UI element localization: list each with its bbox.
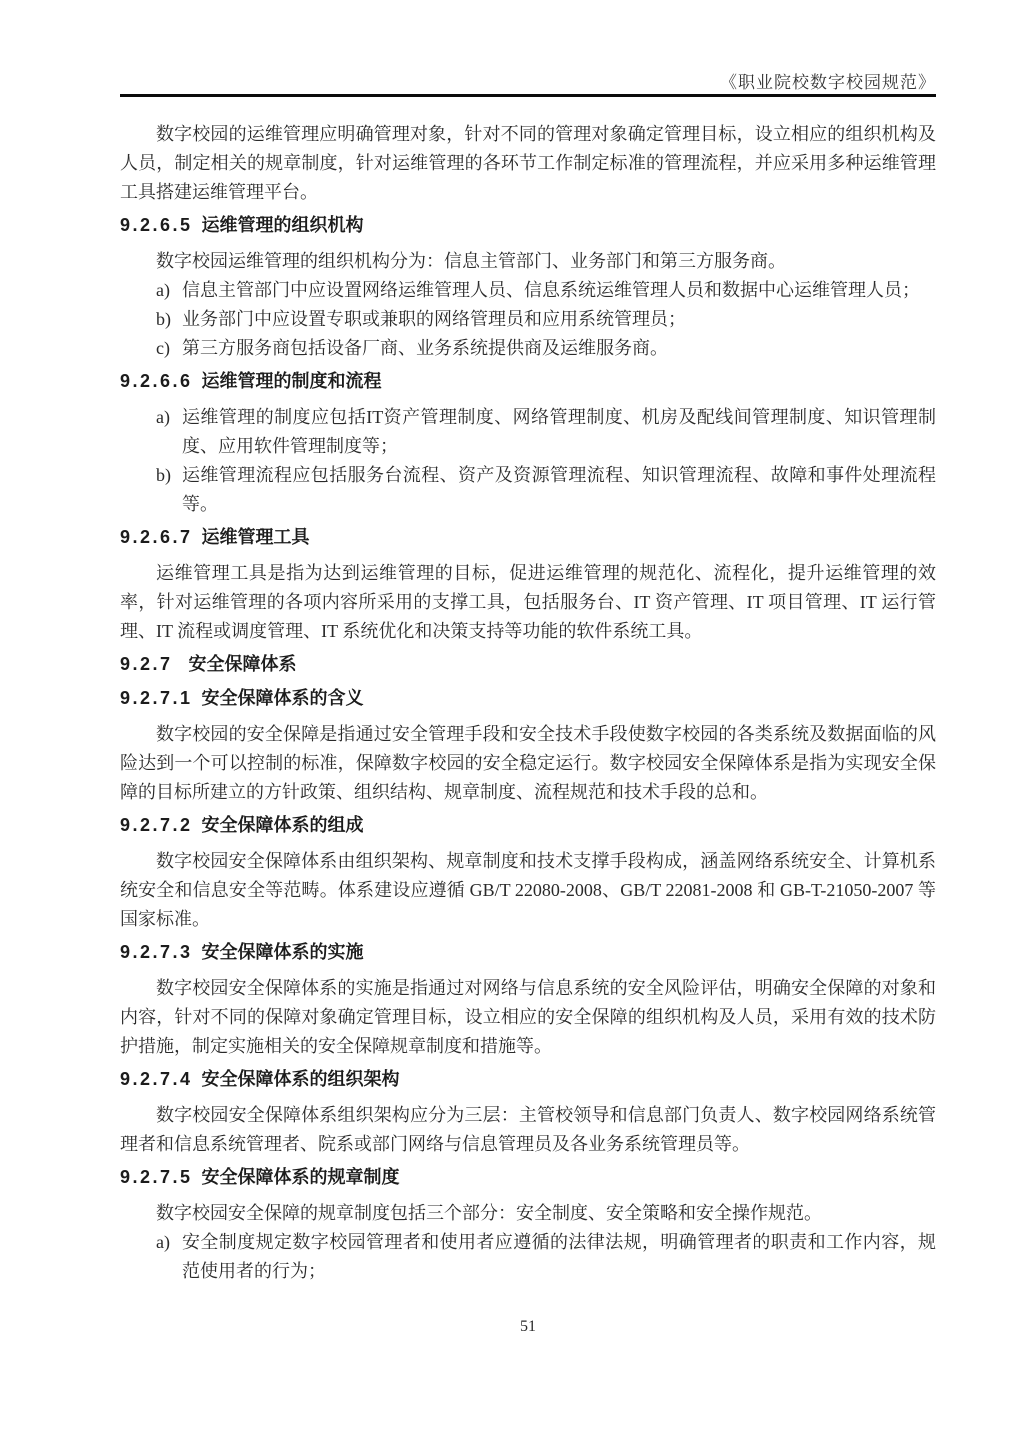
section-heading-9274: 9.2.7.4安全保障体系的组织架构 [120, 1067, 936, 1091]
list-text: 运维管理流程应包括服务台流程、资产及资源管理流程、知识管理流程、故障和事件处理流… [182, 465, 936, 514]
heading-number: 9.2.6.5 [120, 215, 193, 235]
list-item: a)安全制度规定数字校园管理者和使用者应遵循的法律法规，明确管理者的职责和工作内… [120, 1228, 936, 1286]
list-text: 业务部门中应设置专职或兼职的网络管理员和应用系统管理员； [182, 309, 686, 329]
heading-number: 9.2.7.3 [120, 942, 193, 962]
heading-number: 9.2.7 [120, 654, 173, 674]
list-text: 信息主管部门中应设置网络运维管理人员、信息系统运维管理人员和数据中心运维管理人员… [182, 280, 920, 300]
list-text: 安全制度规定数字校园管理者和使用者应遵循的法律法规，明确管理者的职责和工作内容，… [182, 1232, 936, 1281]
paragraph: 数字校园安全保障的规章制度包括三个部分：安全制度、安全策略和安全操作规范。 [120, 1199, 936, 1228]
heading-number: 9.2.7.5 [120, 1167, 193, 1187]
section-heading-9271: 9.2.7.1安全保障体系的含义 [120, 686, 936, 710]
list-marker: c) [156, 334, 170, 363]
list-item: b)业务部门中应设置专职或兼职的网络管理员和应用系统管理员； [120, 305, 936, 334]
heading-number: 9.2.6.6 [120, 371, 193, 391]
heading-number: 9.2.7.2 [120, 815, 193, 835]
heading-title: 安全保障体系的组织架构 [202, 1069, 400, 1089]
list: a)运维管理的制度应包括IT资产管理制度、网络管理制度、机房及配线间管理制度、知… [120, 403, 936, 519]
list-marker: a) [156, 1228, 170, 1257]
page-header: 《职业院校数字校园规范》 [120, 68, 936, 93]
list-item: a)信息主管部门中应设置网络运维管理人员、信息系统运维管理人员和数据中心运维管理… [120, 276, 936, 305]
list-marker: a) [156, 403, 170, 432]
section-heading-9273: 9.2.7.3安全保障体系的实施 [120, 940, 936, 964]
heading-title: 安全保障体系 [189, 654, 297, 674]
header-rule [120, 94, 936, 97]
document-body: 数字校园的运维管理应明确管理对象，针对不同的管理对象确定管理目标，设立相应的组织… [120, 120, 936, 1286]
paragraph: 数字校园的运维管理应明确管理对象，针对不同的管理对象确定管理目标，设立相应的组织… [120, 120, 936, 207]
heading-title: 安全保障体系的实施 [202, 942, 364, 962]
page-footer: 51 [120, 1318, 936, 1336]
heading-title: 运维管理工具 [202, 527, 310, 547]
list-marker: b) [156, 305, 171, 334]
heading-title: 安全保障体系的组成 [202, 815, 364, 835]
heading-number: 9.2.7.4 [120, 1069, 193, 1089]
page-number: 51 [520, 1318, 536, 1335]
heading-title: 运维管理的组织机构 [202, 215, 364, 235]
section-heading-9265: 9.2.6.5运维管理的组织机构 [120, 213, 936, 237]
paragraph: 数字校园安全保障体系的实施是指通过对网络与信息系统的安全风险评估，明确安全保障的… [120, 974, 936, 1061]
heading-number: 9.2.6.7 [120, 527, 193, 547]
list-item: b)运维管理流程应包括服务台流程、资产及资源管理流程、知识管理流程、故障和事件处… [120, 461, 936, 519]
heading-title: 运维管理的制度和流程 [202, 371, 382, 391]
paragraph: 数字校园安全保障体系组织架构应分为三层：主管校领导和信息部门负责人、数字校园网络… [120, 1101, 936, 1159]
section-heading-927: 9.2.7安全保障体系 [120, 652, 936, 676]
list-text: 第三方服务商包括设备厂商、业务系统提供商及运维服务商。 [182, 338, 668, 358]
list: a)安全制度规定数字校园管理者和使用者应遵循的法律法规，明确管理者的职责和工作内… [120, 1228, 936, 1286]
heading-number: 9.2.7.1 [120, 688, 193, 708]
paragraph: 数字校园运维管理的组织机构分为：信息主管部门、业务部门和第三方服务商。 [120, 247, 936, 276]
section-heading-9275: 9.2.7.5安全保障体系的规章制度 [120, 1165, 936, 1189]
list-item: c)第三方服务商包括设备厂商、业务系统提供商及运维服务商。 [120, 334, 936, 363]
heading-title: 安全保障体系的含义 [202, 688, 364, 708]
list: a)信息主管部门中应设置网络运维管理人员、信息系统运维管理人员和数据中心运维管理… [120, 276, 936, 363]
section-heading-9272: 9.2.7.2安全保障体系的组成 [120, 813, 936, 837]
section-heading-9267: 9.2.6.7运维管理工具 [120, 525, 936, 549]
paragraph: 数字校园安全保障体系由组织架构、规章制度和技术支撑手段构成，涵盖网络系统安全、计… [120, 847, 936, 934]
heading-title: 安全保障体系的规章制度 [202, 1167, 400, 1187]
list-marker: a) [156, 276, 170, 305]
section-heading-9266: 9.2.6.6运维管理的制度和流程 [120, 369, 936, 393]
header-title: 《职业院校数字校园规范》 [720, 73, 936, 92]
list-marker: b) [156, 461, 171, 490]
list-text: 运维管理的制度应包括IT资产管理制度、网络管理制度、机房及配线间管理制度、知识管… [182, 407, 936, 456]
document-page: 《职业院校数字校园规范》 数字校园的运维管理应明确管理对象，针对不同的管理对象确… [0, 0, 1024, 1448]
paragraph: 数字校园的安全保障是指通过安全管理手段和安全技术手段使数字校园的各类系统及数据面… [120, 720, 936, 807]
list-item: a)运维管理的制度应包括IT资产管理制度、网络管理制度、机房及配线间管理制度、知… [120, 403, 936, 461]
paragraph: 运维管理工具是指为达到运维管理的目标，促进运维管理的规范化、流程化，提升运维管理… [120, 559, 936, 646]
